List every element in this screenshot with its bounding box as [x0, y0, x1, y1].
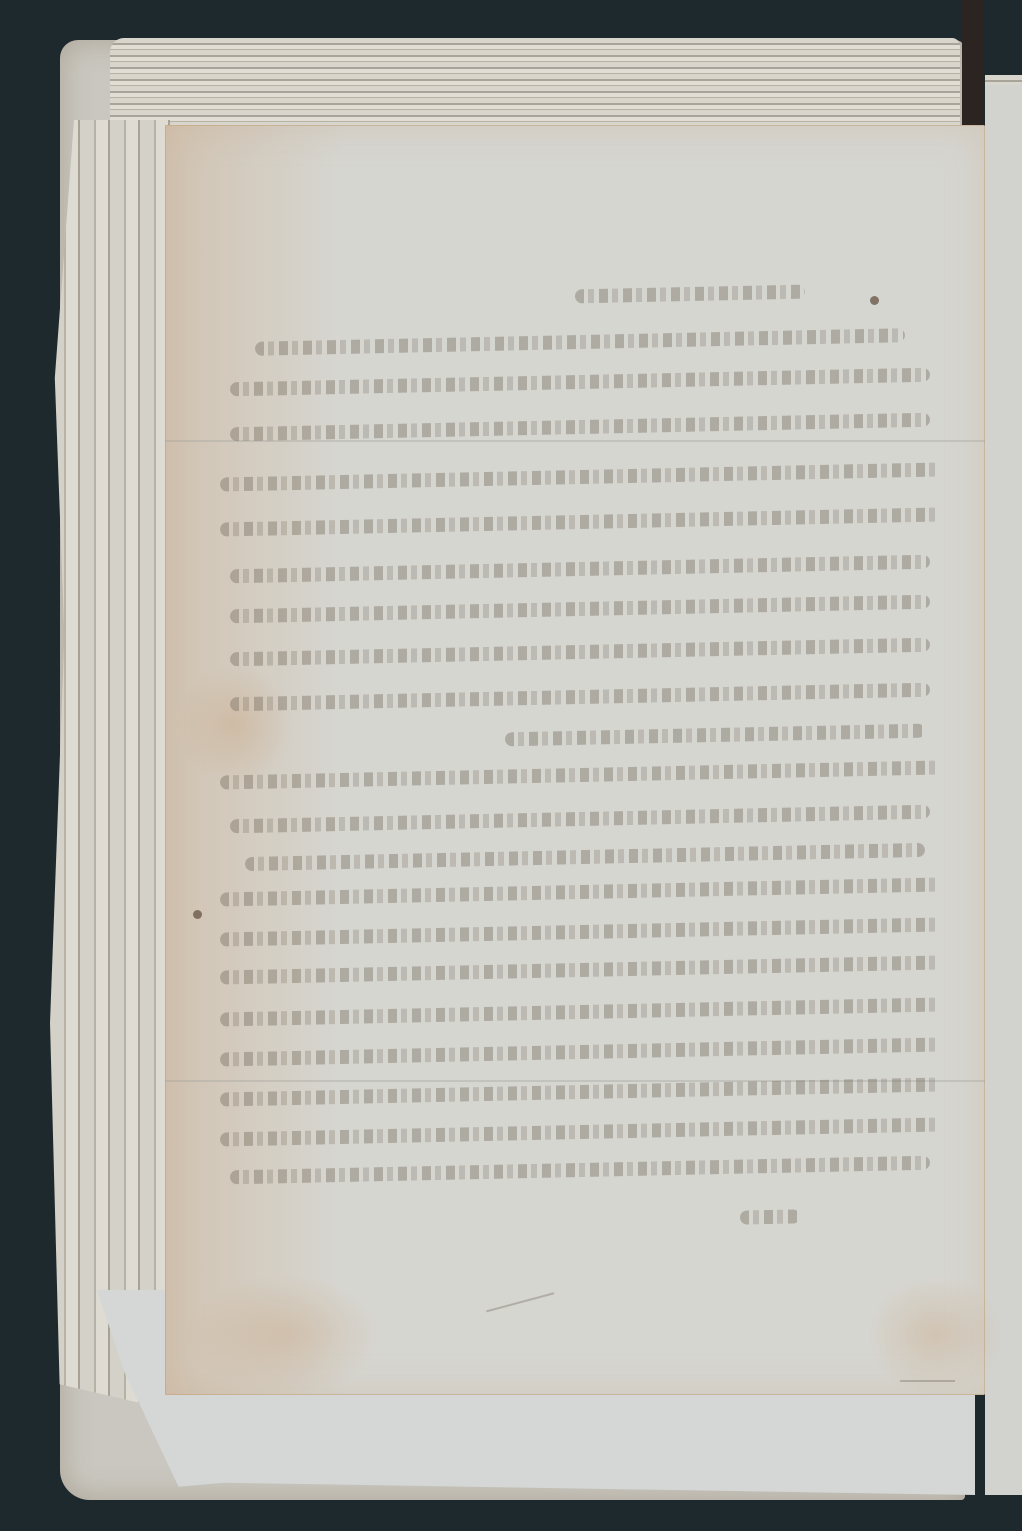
text-line: [illegible] — [740, 1209, 800, 1224]
ink-blot — [193, 910, 202, 919]
binding-strip — [962, 0, 984, 130]
page-edges-top — [110, 38, 960, 133]
ink-blot — [870, 296, 879, 305]
facing-page — [985, 85, 1022, 1495]
manuscript-page — [165, 125, 985, 1395]
page-edges-left — [50, 120, 170, 1410]
fold-line — [165, 440, 985, 442]
footer-note: [illegible] — [900, 1368, 955, 1382]
